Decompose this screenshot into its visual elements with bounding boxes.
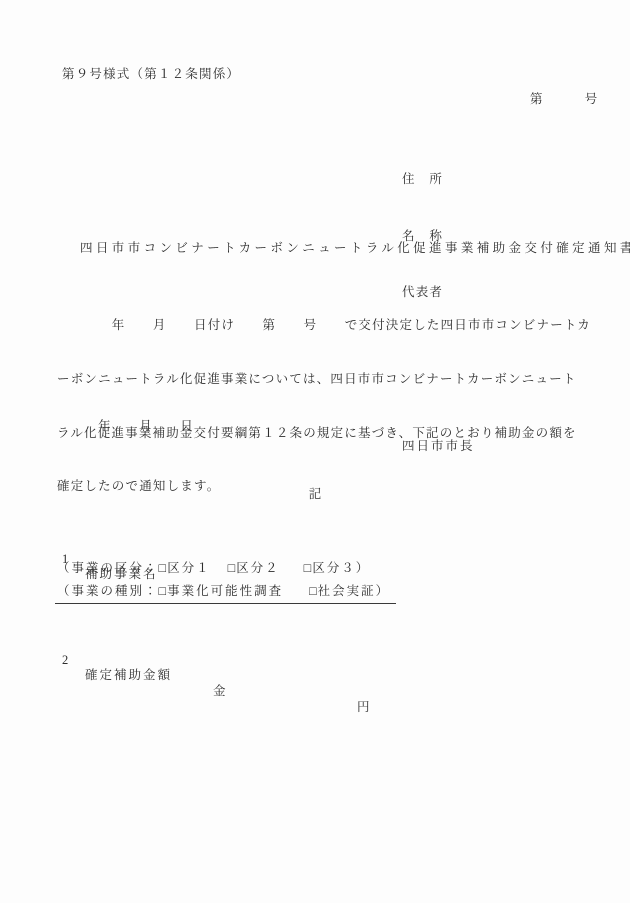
checkbox-icon: □ — [309, 584, 318, 598]
recipient-address-label: 住 所 — [402, 172, 443, 197]
document-number: 第 号 — [530, 92, 599, 108]
type-prefix: （事業の種別： — [57, 584, 159, 598]
section-2-label: 確定補助金額 — [85, 668, 172, 684]
type-option-1: □事業化可能性調査 — [159, 584, 284, 598]
type-option-2-label: 社会実証 — [318, 584, 376, 598]
section-2-row: 2 確定補助金額 金 円 — [0, 637, 630, 655]
type-option-2: □社会実証 — [309, 584, 376, 598]
category-line: （事業の区分：□区分１□区分２□区分３） — [57, 561, 370, 577]
type-line: （事業の種別：□事業化可能性調査□社会実証） — [55, 584, 396, 604]
checkbox-icon: □ — [159, 561, 168, 575]
checkbox-icon: □ — [159, 584, 168, 598]
category-option-1-label: 区分１ — [167, 561, 211, 575]
category-option-2-label: 区分２ — [236, 561, 280, 575]
section-2-number: 2 — [62, 653, 69, 669]
category-prefix: （事業の区分： — [57, 561, 159, 575]
ki-marker: 記 — [0, 487, 630, 503]
body-line-2: ーボンニュートラル化促進事業については、四日市市コンビナートカーボンニュート — [57, 372, 597, 394]
checkbox-icon: □ — [228, 561, 237, 575]
section-1-heading: 1 補助事業名 — [0, 536, 630, 554]
category-option-1: □区分１ — [159, 561, 211, 575]
category-suffix: ） — [356, 561, 371, 575]
category-option-3-label: 区分３ — [312, 561, 356, 575]
date-line: 年 月 日 — [57, 419, 194, 435]
type-option-1-label: 事業化可能性調査 — [167, 584, 283, 598]
category-option-3: □区分３ — [304, 561, 356, 575]
form-number: 第９号様式（第１２条関係） — [62, 67, 240, 83]
sender-title: 四日市市長 — [402, 439, 475, 455]
category-option-2: □区分２ — [228, 561, 280, 575]
amount-suffix: 円 — [357, 700, 371, 716]
checkbox-icon: □ — [304, 561, 313, 575]
document-page: 第９号様式（第１２条関係） 第 号 住 所 名 称 代表者 四日市市コンビナート… — [0, 0, 630, 903]
body-line-1: 年 月 日付け 第 号 で交付決定した四日市市コンビナートカ — [57, 318, 597, 340]
type-suffix: ） — [376, 584, 391, 598]
document-title: 四日市市コンビナートカーボンニュートラル化促進事業補助金交付確定通知書 — [80, 241, 630, 257]
amount-prefix: 金 — [213, 684, 227, 700]
